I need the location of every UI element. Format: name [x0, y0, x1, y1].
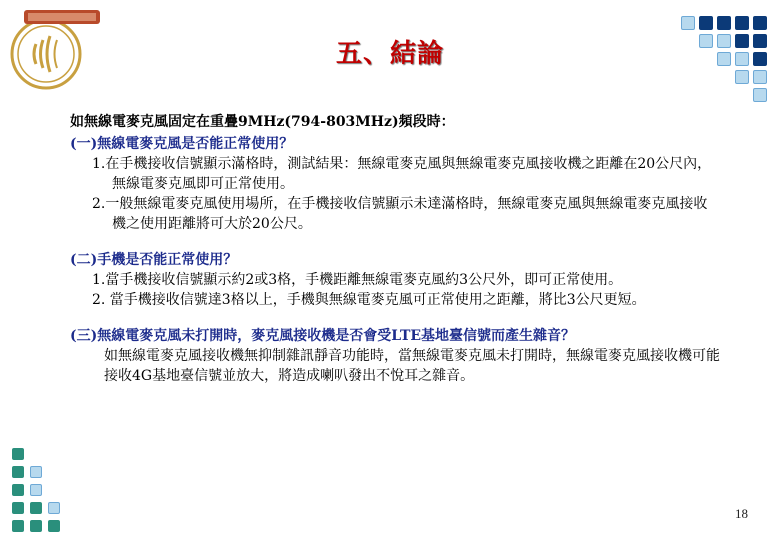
list-item: 2.一般無線電麥克風使用場所，在手機接收信號顯示未達滿格時，無線電麥克風與無線電…	[92, 194, 720, 234]
section-heading: (一)無線電麥克風是否能正常使用？	[70, 134, 720, 154]
intro-text: 如無線電麥克風固定在重疊9MHz(794-803MHz)頻段時：	[70, 112, 720, 132]
page-number: 18	[735, 506, 748, 522]
section-1: (一)無線電麥克風是否能正常使用？ 1.在手機接收信號顯示滿格時，測試結果：無線…	[70, 134, 720, 234]
slide-title: 五、結論	[0, 33, 780, 70]
list-item: 如無線電麥克風接收機無抑制雜訊靜音功能時，當無線電麥克風未打開時，無線電麥克風接…	[104, 346, 720, 386]
section-2: (二)手機是否能正常使用？ 1.當手機接收信號顯示約2或3格，手機距離無線電麥克…	[70, 250, 720, 310]
section-heading: (三)無線電麥克風未打開時，麥克風接收機是否會受LTE基地臺信號而產生雜音？	[70, 326, 720, 346]
list-item: 1.當手機接收信號顯示約2或3格，手機距離無線電麥克風約3公尺外，即可正常使用。	[92, 270, 720, 290]
list-item: 2. 當手機接收信號達3格以上，手機與無線電麥克風可正常使用之距離，將比3公尺更…	[92, 290, 720, 310]
section-heading: (二)手機是否能正常使用？	[70, 250, 720, 270]
section-3: (三)無線電麥克風未打開時，麥克風接收機是否會受LTE基地臺信號而產生雜音？ 如…	[70, 326, 720, 386]
list-item: 1.在手機接收信號顯示滿格時，測試結果：無線電麥克風與無線電麥克風接收機之距離在…	[92, 154, 720, 194]
slide-body: 如無線電麥克風固定在重疊9MHz(794-803MHz)頻段時： (一)無線電麥…	[70, 112, 720, 386]
